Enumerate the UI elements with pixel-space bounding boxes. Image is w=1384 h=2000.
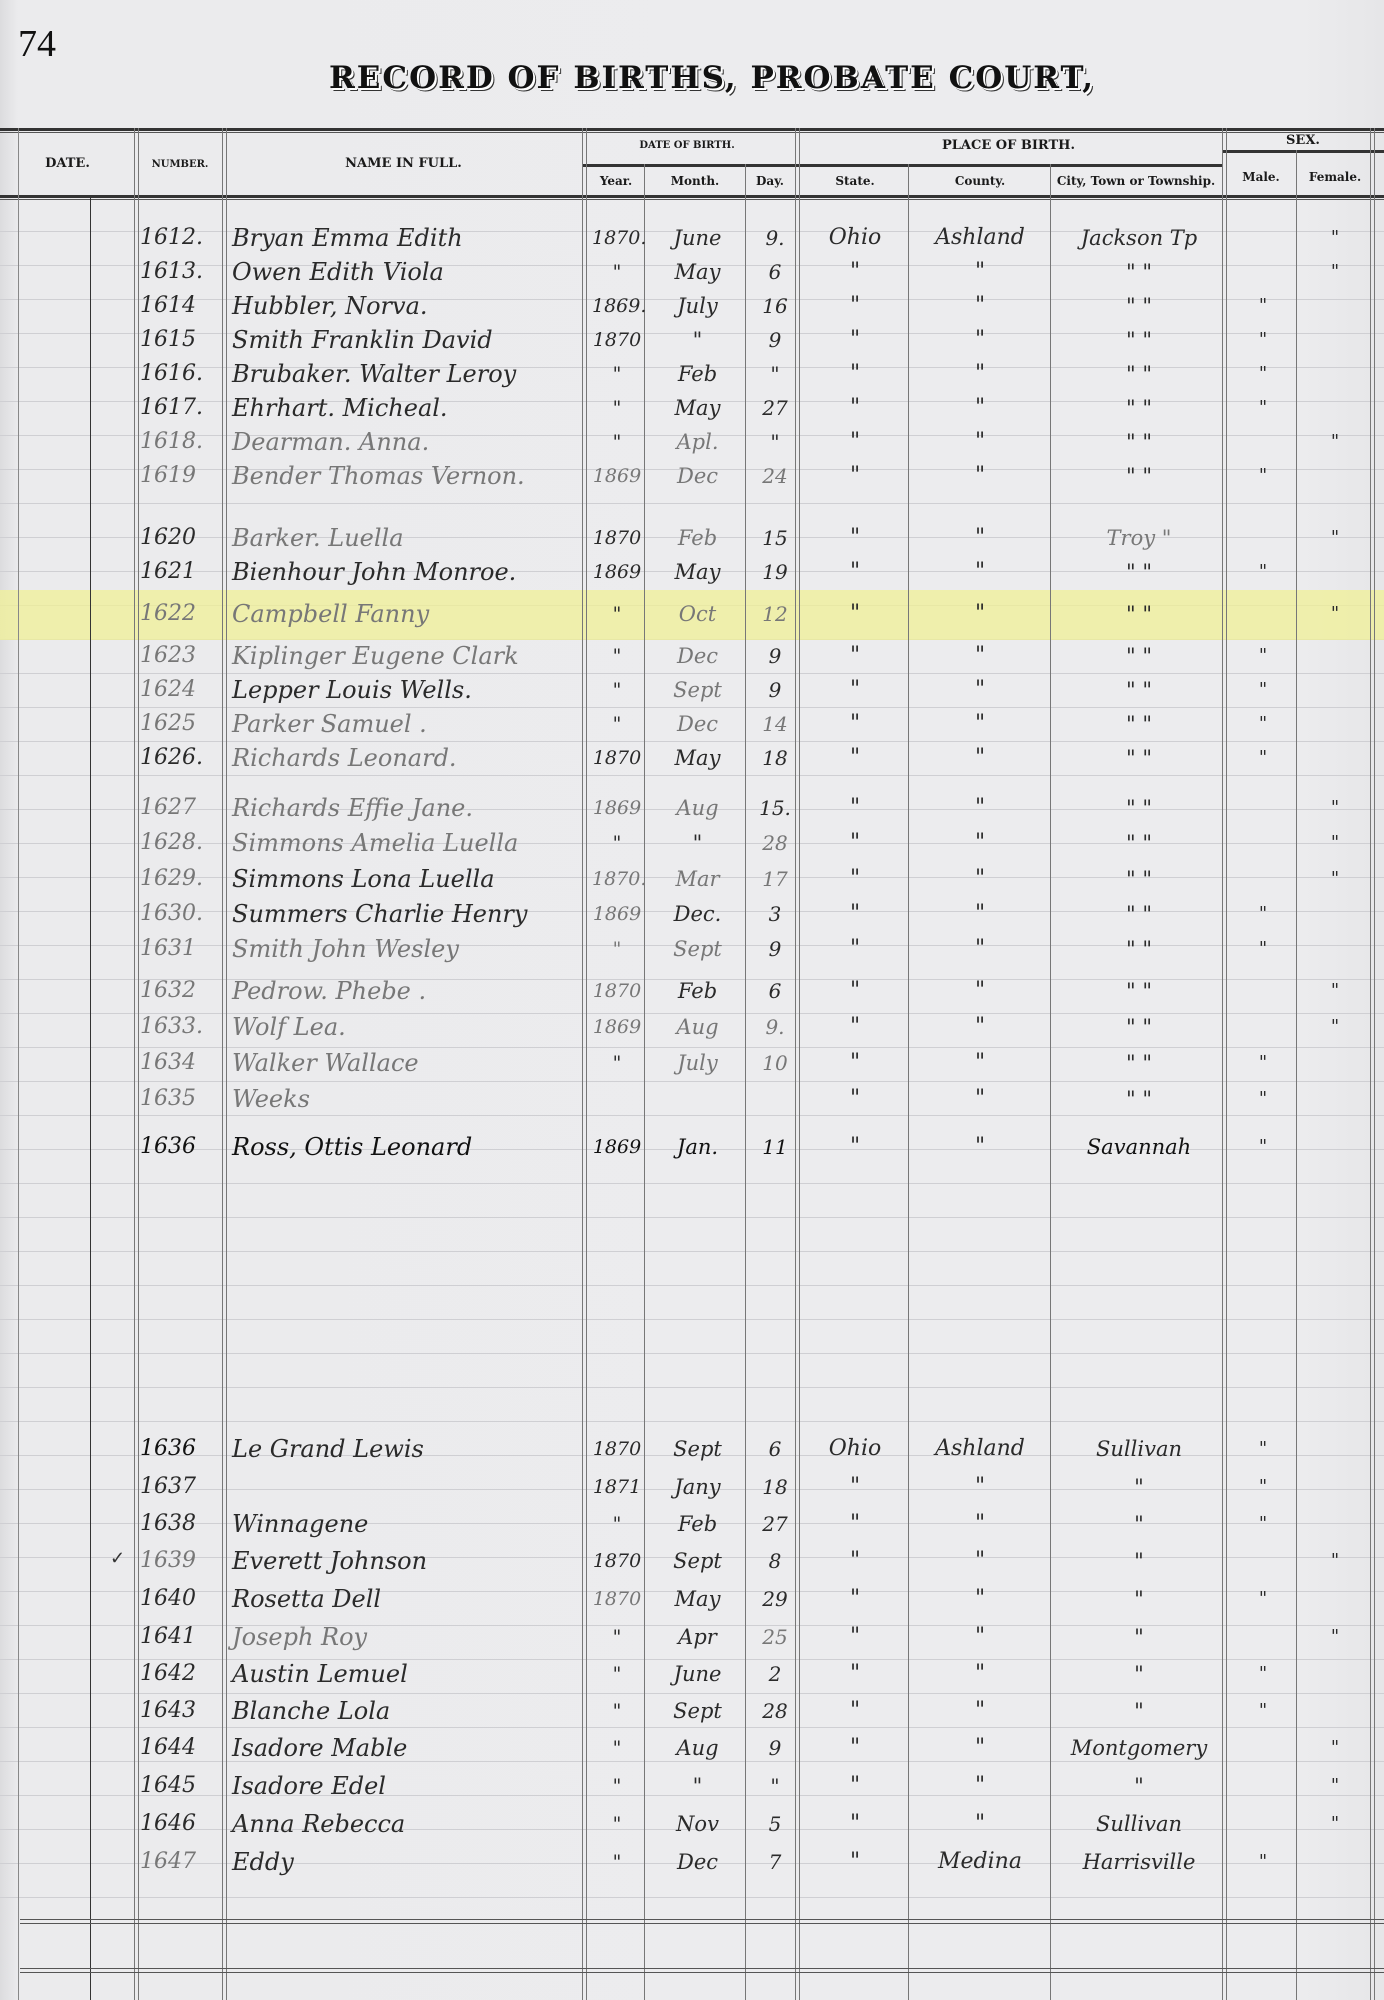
entry-state: Ohio (805, 1434, 905, 1464)
entry-female: " (1300, 828, 1370, 858)
table-row: 1616. Brubaker. Walter Leroy " Feb " " "… (0, 357, 1384, 391)
entry-number: 1647 (140, 1847, 225, 1877)
entry-day: 19 (750, 557, 800, 587)
entry-month: Oct (650, 599, 745, 629)
entry-name: Weeks (232, 1084, 582, 1114)
entry-month: Dec (650, 461, 745, 491)
entry-female (1300, 675, 1370, 705)
entry-number: 1643 (140, 1696, 225, 1726)
entry-month: Sept (650, 1696, 745, 1726)
entry-number: 1616. (140, 359, 225, 389)
entry-number: 1612. (140, 223, 225, 253)
entry-year: " (592, 257, 642, 287)
entry-female: " (1300, 523, 1370, 553)
table-row: 1627 Richards Effie Jane. 1869 Aug 15. "… (0, 791, 1384, 825)
entry-female: " (1300, 1622, 1370, 1652)
entry-county: " (910, 1659, 1050, 1689)
table-row: 1646 Anna Rebecca " Nov 5 " " Sullivan " (0, 1807, 1384, 1841)
entry-number: 1633. (140, 1012, 225, 1042)
entry-number: 1631 (140, 934, 225, 964)
header-top-rule (0, 128, 1384, 131)
entry-month: Dec. (650, 899, 745, 929)
entry-city: " " (1055, 976, 1223, 1006)
entry-name: Simmons Lona Luella (232, 864, 582, 894)
entry-name: Winnagene (232, 1509, 582, 1539)
entry-male: " (1228, 1584, 1298, 1614)
entry-number: 1622 (140, 599, 225, 629)
entry-city: " " (1055, 641, 1223, 671)
entry-county: " (910, 291, 1050, 321)
entry-male (1228, 523, 1298, 553)
entry-number: 1637 (140, 1472, 225, 1502)
entry-city: " " (1055, 793, 1223, 823)
entry-name: Richards Effie Jane. (232, 793, 582, 823)
entry-city: Montgomery (1055, 1733, 1223, 1763)
entry-name: Owen Edith Viola (232, 257, 582, 287)
entry-name: Smith Franklin David (232, 325, 582, 355)
entry-month: May (650, 257, 745, 287)
entry-city: " " (1055, 427, 1223, 457)
entry-female (1300, 359, 1370, 389)
entry-day: 11 (750, 1132, 800, 1162)
entry-city: Sullivan (1055, 1809, 1223, 1839)
table-row: 1636 Le Grand Lewis 1870 Sept 6 Ohio Ash… (0, 1432, 1384, 1466)
header-place-of-birth: PLACE OF BIRTH. (795, 138, 1222, 153)
entry-number: 1620 (140, 523, 225, 553)
entry-month: May (650, 743, 745, 773)
table-row: 1638 Winnagene " Feb 27 " " " " (0, 1507, 1384, 1541)
entry-county: " (910, 641, 1050, 671)
entry-female (1300, 461, 1370, 491)
entry-city: " " (1055, 709, 1223, 739)
entry-city: " " (1055, 1012, 1223, 1042)
entry-day: 9 (750, 641, 800, 671)
entry-month (650, 1084, 745, 1114)
entry-month: Feb (650, 523, 745, 553)
entry-city: Harrisville (1055, 1847, 1223, 1877)
entry-month: May (650, 393, 745, 423)
entry-male (1228, 223, 1298, 253)
entry-city: " " (1055, 899, 1223, 929)
entry-female: " (1300, 223, 1370, 253)
entry-day: 15 (750, 523, 800, 553)
entry-number: 1634 (140, 1048, 225, 1078)
entry-male: " (1228, 1509, 1298, 1539)
entry-name: Bender Thomas Vernon. (232, 461, 582, 491)
entry-month: Dec (650, 709, 745, 739)
entry-county: " (910, 976, 1050, 1006)
entry-name: Walker Wallace (232, 1048, 582, 1078)
entry-day (750, 1084, 800, 1114)
entry-county: " (910, 557, 1050, 587)
entry-name: Brubaker. Walter Leroy (232, 359, 582, 389)
table-row: 1641 Joseph Roy " Apr 25 " " " " (0, 1620, 1384, 1654)
table-row: 1617. Ehrhart. Micheal. " May 27 " " " "… (0, 391, 1384, 425)
entry-female (1300, 1132, 1370, 1162)
entry-day: 9. (750, 1012, 800, 1042)
entry-male: " (1228, 291, 1298, 321)
entry-day: " (750, 1771, 800, 1801)
entry-male: " (1228, 709, 1298, 739)
entry-number: 1627 (140, 793, 225, 823)
entry-county: " (910, 675, 1050, 705)
entry-county: " (910, 1132, 1050, 1162)
entry-female (1300, 899, 1370, 929)
entry-city: " " (1055, 359, 1223, 389)
entry-year: 1870 (592, 743, 642, 773)
entry-year: " (592, 828, 642, 858)
entry-city: " (1055, 1584, 1223, 1614)
entry-city: Jackson Tp (1055, 223, 1223, 253)
entry-female: " (1300, 1012, 1370, 1042)
entry-year: " (592, 1847, 642, 1877)
entry-city: " " (1055, 393, 1223, 423)
table-row: 1615 Smith Franklin David 1870 " 9 " " "… (0, 323, 1384, 357)
entry-county: " (910, 1472, 1050, 1502)
entry-day: 9. (750, 223, 800, 253)
entry-county: " (910, 899, 1050, 929)
entry-year: " (592, 934, 642, 964)
entry-number: 1625 (140, 709, 225, 739)
table-row: 1630. Summers Charlie Henry 1869 Dec. 3 … (0, 897, 1384, 931)
entry-female (1300, 1847, 1370, 1877)
entry-state: " (805, 793, 905, 823)
entry-name: Barker. Luella (232, 523, 582, 553)
entry-female: " (1300, 1733, 1370, 1763)
entry-month: Aug (650, 1012, 745, 1042)
entry-day: 9 (750, 675, 800, 705)
entry-number: 1617. (140, 393, 225, 423)
entry-county: " (910, 1771, 1050, 1801)
entry-city: " (1055, 1659, 1223, 1689)
header-day: Day. (745, 174, 795, 188)
table-row: 1631 Smith John Wesley " Sept 9 " " " " … (0, 932, 1384, 966)
entry-year: " (592, 599, 642, 629)
entry-city: " " (1055, 325, 1223, 355)
entry-city: " " (1055, 1084, 1223, 1114)
table-row: 1635 Weeks " " " " " (0, 1082, 1384, 1116)
entry-state: " (805, 523, 905, 553)
entry-city: " " (1055, 934, 1223, 964)
entry-number: 1629. (140, 864, 225, 894)
entry-state: " (805, 1509, 905, 1539)
entry-county: " (910, 709, 1050, 739)
table-row: 1626. Richards Leonard. 1870 May 18 " " … (0, 741, 1384, 775)
entry-female (1300, 1434, 1370, 1464)
entry-city: Troy " (1055, 523, 1223, 553)
entry-city: Sullivan (1055, 1434, 1223, 1464)
entry-number: 1646 (140, 1809, 225, 1839)
entry-city: " (1055, 1546, 1223, 1576)
entry-name (232, 1472, 582, 1502)
entry-day: 7 (750, 1847, 800, 1877)
entry-county: " (910, 1048, 1050, 1078)
entry-state: " (805, 325, 905, 355)
entry-year: 1869 (592, 793, 642, 823)
entry-city: " (1055, 1771, 1223, 1801)
entry-state: " (805, 291, 905, 321)
entry-name: Campbell Fanny (232, 599, 582, 629)
entry-name: Everett Johnson (232, 1546, 582, 1576)
entry-male (1228, 427, 1298, 457)
entry-female (1300, 1048, 1370, 1078)
entry-year: 1870. (592, 223, 642, 253)
check-mark-icon: ✓ (110, 1548, 125, 1569)
entry-city: " " (1055, 461, 1223, 491)
entry-female (1300, 393, 1370, 423)
entry-month: Sept (650, 1434, 745, 1464)
entry-state: " (805, 359, 905, 389)
entry-male (1228, 828, 1298, 858)
header-sex: SEX. (1222, 133, 1384, 148)
entry-year: " (592, 1048, 642, 1078)
entry-male: " (1228, 1048, 1298, 1078)
entry-year: " (592, 1733, 642, 1763)
page-title: RECORD OF BIRTHS, PROBATE COURT, (0, 60, 1384, 96)
entry-name: Blanche Lola (232, 1696, 582, 1726)
entry-year: 1869 (592, 899, 642, 929)
entry-number: 1626. (140, 743, 225, 773)
entry-state: " (805, 675, 905, 705)
entry-state: " (805, 1084, 905, 1114)
entry-number: 1636 (140, 1434, 225, 1464)
entry-female (1300, 641, 1370, 671)
entry-day: 6 (750, 257, 800, 287)
entry-day: " (750, 427, 800, 457)
entry-state: " (805, 899, 905, 929)
entry-month: July (650, 291, 745, 321)
entry-county: " (910, 1584, 1050, 1614)
entry-day: 14 (750, 709, 800, 739)
entry-state: " (805, 1472, 905, 1502)
entry-county: " (910, 523, 1050, 553)
entry-male: " (1228, 899, 1298, 929)
table-row: 1614 Hubbler, Norva. 1869. July 16 " " "… (0, 289, 1384, 323)
table-row: ✓ 1639 Everett Johnson 1870 Sept 8 " " "… (0, 1544, 1384, 1578)
entry-county: " (910, 743, 1050, 773)
entry-year: " (592, 1509, 642, 1539)
entry-state: " (805, 1584, 905, 1614)
entry-county: " (910, 461, 1050, 491)
entry-female (1300, 1659, 1370, 1689)
entry-male: " (1228, 1084, 1298, 1114)
entry-month: Dec (650, 641, 745, 671)
header-number: NUMBER. (136, 159, 224, 170)
table-row: 1647 Eddy " Dec 7 " Medina Harrisville " (0, 1845, 1384, 1879)
entry-male: " (1228, 1434, 1298, 1464)
entry-male (1228, 1771, 1298, 1801)
entry-year: 1870 (592, 976, 642, 1006)
entry-number: 1618. (140, 427, 225, 457)
entry-male (1228, 257, 1298, 287)
entry-month: June (650, 223, 745, 253)
entry-name: Richards Leonard. (232, 743, 582, 773)
entry-female (1300, 1084, 1370, 1114)
table-row: 1620 Barker. Luella 1870 Feb 15 " " Troy… (0, 521, 1384, 555)
entry-year: " (592, 709, 642, 739)
table-row: 1629. Simmons Lona Luella 1870. Mar 17 "… (0, 862, 1384, 896)
entry-male (1228, 1809, 1298, 1839)
entry-year: " (592, 1622, 642, 1652)
entry-day: 17 (750, 864, 800, 894)
entry-month: Feb (650, 1509, 745, 1539)
table-row: 1613. Owen Edith Viola " May 6 " " " " " (0, 255, 1384, 289)
entry-month: July (650, 1048, 745, 1078)
entry-day: " (750, 359, 800, 389)
entry-year: 1870. (592, 864, 642, 894)
entry-male: " (1228, 675, 1298, 705)
entry-month: Apl. (650, 427, 745, 457)
entry-number: 1624 (140, 675, 225, 705)
entry-state: " (805, 743, 905, 773)
entry-year: 1869 (592, 1132, 642, 1162)
entry-city: " " (1055, 675, 1223, 705)
entry-name: Smith John Wesley (232, 934, 582, 964)
entry-year: 1871 (592, 1472, 642, 1502)
entry-state: " (805, 1622, 905, 1652)
entry-male: " (1228, 934, 1298, 964)
entry-city: " " (1055, 291, 1223, 321)
entry-day: 25 (750, 1622, 800, 1652)
entry-day: 9 (750, 934, 800, 964)
entry-state: " (805, 1546, 905, 1576)
entry-name: Parker Samuel . (232, 709, 582, 739)
entry-female: " (1300, 976, 1370, 1006)
entry-day: 27 (750, 1509, 800, 1539)
entry-city: " " (1055, 743, 1223, 773)
entry-female (1300, 1509, 1370, 1539)
entry-day: 2 (750, 1659, 800, 1689)
entry-number: 1642 (140, 1659, 225, 1689)
entry-county: " (910, 793, 1050, 823)
header-female: Female. (1298, 170, 1372, 184)
entry-month: May (650, 557, 745, 587)
entry-female: " (1300, 793, 1370, 823)
entry-year (592, 1084, 642, 1114)
entry-year: " (592, 675, 642, 705)
entry-year: " (592, 641, 642, 671)
entry-county: " (910, 393, 1050, 423)
table-row: 1612. Bryan Emma Edith 1870. June 9. Ohi… (0, 221, 1384, 255)
entry-state: " (805, 1048, 905, 1078)
entry-male: " (1228, 743, 1298, 773)
entry-county: " (910, 1084, 1050, 1114)
ledger-page: 74 RECORD OF BIRTHS, PROBATE COURT, DATE… (0, 0, 1384, 2000)
header-name: NAME IN FULL. (225, 156, 582, 171)
entry-city: " " (1055, 828, 1223, 858)
entry-year: 1869 (592, 1012, 642, 1042)
entry-day: 28 (750, 828, 800, 858)
entry-name: Anna Rebecca (232, 1809, 582, 1839)
entry-year: " (592, 1659, 642, 1689)
header-month: Month. (645, 174, 745, 188)
entry-state: " (805, 1733, 905, 1763)
header-county: County. (910, 174, 1050, 188)
entry-county: Ashland (910, 223, 1050, 253)
header-city: City, Town or Township. (1050, 174, 1222, 188)
table-row: 1623 Kiplinger Eugene Clark " Dec 9 " " … (0, 639, 1384, 673)
entry-male: " (1228, 1847, 1298, 1877)
entry-day: 15. (750, 793, 800, 823)
entry-female (1300, 1584, 1370, 1614)
entry-year: 1870 (592, 1434, 642, 1464)
entry-name: Isadore Edel (232, 1771, 582, 1801)
entry-day: 29 (750, 1584, 800, 1614)
entry-year: " (592, 1809, 642, 1839)
entry-year: " (592, 393, 642, 423)
entry-number: 1614 (140, 291, 225, 321)
entry-state: " (805, 1132, 905, 1162)
entry-city: " " (1055, 1048, 1223, 1078)
entry-county: " (910, 1809, 1050, 1839)
entry-city: " " (1055, 257, 1223, 287)
entry-month: Sept (650, 1546, 745, 1576)
header-top-rule-thin (0, 132, 1384, 133)
entry-male: " (1228, 1696, 1298, 1726)
entry-month: Feb (650, 976, 745, 1006)
entry-day: 16 (750, 291, 800, 321)
entry-male (1228, 976, 1298, 1006)
entry-city: " (1055, 1472, 1223, 1502)
entry-month: Nov (650, 1809, 745, 1839)
entry-name: Dearman. Anna. (232, 427, 582, 457)
entry-state: " (805, 1847, 905, 1877)
table-row: 1640 Rosetta Dell 1870 May 29 " " " " (0, 1582, 1384, 1616)
entry-name: Pedrow. Phebe . (232, 976, 582, 1006)
entry-year: " (592, 359, 642, 389)
highlighted-row: 1622 Campbell Fanny " Oct 12 " " " " " (0, 597, 1384, 631)
table-row: 1636 Ross, Ottis Leonard 1869 Jan. 11 " … (0, 1130, 1384, 1164)
entry-female (1300, 557, 1370, 587)
entry-year: 1869 (592, 557, 642, 587)
entry-male: " (1228, 461, 1298, 491)
entry-number: 1621 (140, 557, 225, 587)
entry-county: " (910, 1733, 1050, 1763)
table-row: 1618. Dearman. Anna. " Apl. " " " " " " (0, 425, 1384, 459)
entry-county: " (910, 1509, 1050, 1539)
entry-name: Lepper Louis Wells. (232, 675, 582, 705)
entry-state: " (805, 1771, 905, 1801)
entry-female: " (1300, 427, 1370, 457)
entry-name: Ross, Ottis Leonard (232, 1132, 582, 1162)
entry-number: 1632 (140, 976, 225, 1006)
entry-male: " (1228, 557, 1298, 587)
header-male: Male. (1224, 170, 1298, 184)
entry-day: 18 (750, 1472, 800, 1502)
entry-month: Feb (650, 359, 745, 389)
entry-month: Dec (650, 1847, 745, 1877)
entry-city: " " (1055, 599, 1223, 629)
entry-city: " (1055, 1622, 1223, 1652)
entry-month: Sept (650, 675, 745, 705)
entry-number: 1613. (140, 257, 225, 287)
table-row: 1643 Blanche Lola " Sept 28 " " " " (0, 1694, 1384, 1728)
header-state: State. (800, 174, 910, 188)
entry-male: " (1228, 393, 1298, 423)
entry-city: " (1055, 1696, 1223, 1726)
entry-state: " (805, 599, 905, 629)
entry-name: Rosetta Dell (232, 1584, 582, 1614)
entry-county: Ashland (910, 1434, 1050, 1464)
entry-state: " (805, 1809, 905, 1839)
entry-male (1228, 599, 1298, 629)
entry-state: " (805, 557, 905, 587)
entry-month: " (650, 1771, 745, 1801)
footer-rule-1 (20, 1919, 1384, 1924)
subheader-rule (582, 164, 1222, 167)
entry-state: " (805, 427, 905, 457)
entry-year: 1869 (592, 461, 642, 491)
